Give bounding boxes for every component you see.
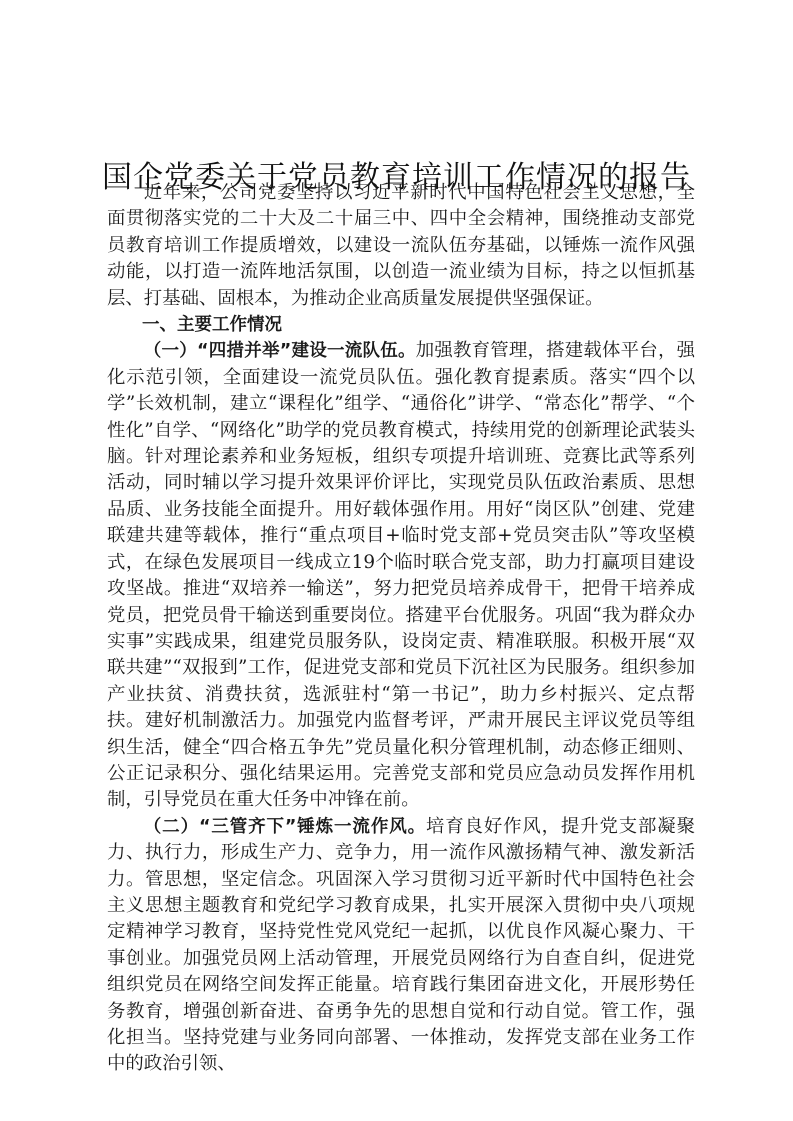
subsection-paragraph-1: （一）“四措并举”建设一流队伍。加强教育管理，搭建载体平台，强化示范引领，全面建…	[107, 338, 695, 813]
subsection-lead-1: （一）“四措并举”建设一流队伍。	[144, 341, 416, 361]
subsection-lead-2: （二）“三管齐下”锤炼一流作风。	[144, 817, 426, 837]
subsection-text-1: 加强教育管理，搭建载体平台，强化示范引领，全面建设一流党员队伍。强化教育提素质。…	[107, 340, 695, 810]
subsection-text-2: 培育良好作风，提升党支部凝聚力、执行力，形成生产力、竞争力，用一流作风激扬精气神…	[107, 816, 695, 1075]
section-heading: 一、主要工作情况	[107, 312, 695, 338]
subsection-paragraph-2: （二）“三管齐下”锤炼一流作风。培育良好作风，提升党支部凝聚力、执行力，形成生产…	[107, 814, 695, 1078]
intro-paragraph: 近年来，公司党委坚持以习近平新时代中国特色社会主义思想，全面贯彻落实党的二十大及…	[107, 180, 695, 312]
document-body: 近年来，公司党委坚持以习近平新时代中国特色社会主义思想，全面贯彻落实党的二十大及…	[107, 180, 695, 1078]
document-page: 国企党委关于党员教育培训工作情况的报告 近年来，公司党委坚持以习近平新时代中国特…	[0, 0, 793, 1121]
